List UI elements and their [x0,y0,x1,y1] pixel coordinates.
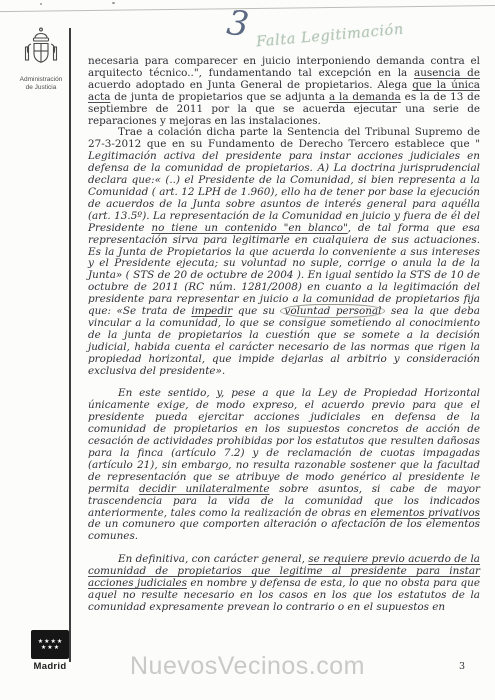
margin-column: Administración de Justicia [14,26,68,91]
paragraph: En definitiva, con carácter general, se … [88,554,480,614]
star-icon: ★ [41,645,46,651]
star-icon: ★ [54,645,59,651]
text-segment: , de tal forma que esa representación si… [88,222,480,317]
text-segment: que su [232,305,280,317]
document-body: necesaria para comparecer en juicio inte… [88,56,480,614]
emblem-caption-line1: Administración [14,76,68,84]
star-icon: ★ [47,645,52,651]
text-segment: Trae a colación dicha parte la Sentencia… [88,126,480,150]
text-segment: a la demanda [329,91,401,103]
page-number: 3 [459,661,465,672]
margin-rule [69,28,71,662]
paragraph: necesaria para comparecer en juicio inte… [88,56,480,127]
text-segment: En este sentido, y, pese a que la Ley de… [88,387,480,494]
text-segment: impedir [191,305,232,317]
emblem-caption-line2: de Justicia [14,84,68,92]
watermark: NuevosVecinos.com [0,652,495,681]
text-segment: de junta de propietarios que se adjunta [110,91,329,103]
text-segment: voluntad personal [280,304,385,318]
scan-speck [40,3,42,5]
coat-of-arms-icon [14,26,68,74]
paragraph: Trae a colación dicha parte la Sentencia… [88,127,480,377]
text-segment: no tiene un contenido "en blanco" [151,222,347,234]
text-segment: ausencia de [414,67,480,79]
text-segment: que la única [412,79,480,91]
scan-speck [112,2,115,4]
handwritten-page-mark: 3 [225,3,251,45]
scanned-page: Administración de Justicia 3 Falta Legit… [0,0,495,700]
handwritten-annotation: Falta Legitimación [256,22,405,51]
text-segment: elementos privativos [370,507,480,519]
text-segment: acta [88,91,110,103]
text-segment: acuerdo adoptado en Junta General de pro… [88,79,412,91]
paragraph: En este sentido, y, pese a que la Ley de… [88,388,480,543]
text-segment: de un comunero que comporten alteración … [88,518,480,542]
text-segment: En definitiva, con carácter general, [118,553,308,565]
star-row: ★★★ [41,645,59,651]
text-segment: decidir unilateralmente [139,483,270,495]
emblem-caption: Administración de Justicia [14,76,68,91]
